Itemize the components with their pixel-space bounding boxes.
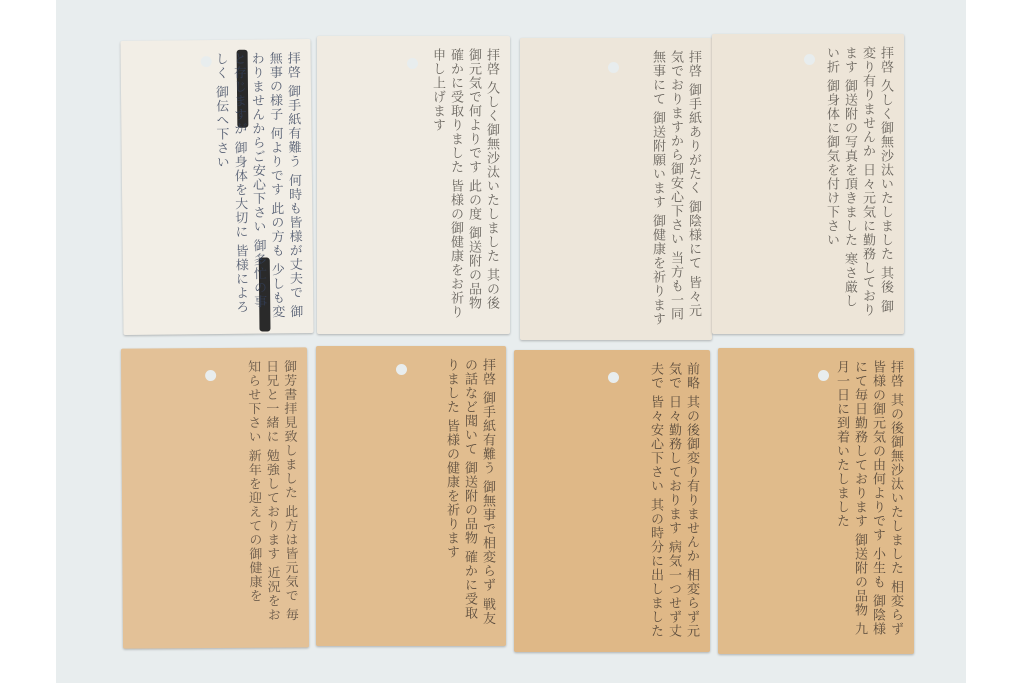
handwritten-text: 拝啓 久しく御無沙汰いたしました 其後 御変り有りませんか 日々元気に勤務してお… bbox=[722, 46, 894, 322]
postcard-top-2: 拝啓 久しく御無沙汰いたしました 其の後 御元気で何よりです 此の度 御送附の品… bbox=[317, 36, 510, 334]
postcard-bottom-3: 前略 其の後御変り有りませんか 相変らず元気で 日々勤務しております 病気一つせ… bbox=[514, 350, 710, 652]
postcard-bottom-1: 御芳書拝見致しました 此方は皆元気で 毎日兄と一緒に 勉強しております 近況をお… bbox=[121, 347, 309, 648]
postcard-bottom-4: 拝啓 其の後御無沙汰いたしました 相変らず皆様の御元気の由何よりです 小生も 御… bbox=[718, 348, 914, 654]
handwritten-text: 御芳書拝見致しました 此方は皆元気で 毎日兄と一緒に 勉強しております 近況をお… bbox=[131, 359, 299, 636]
postcard-top-3: 拝啓 御手紙ありがたく 御陰様にて 皆々元気でおりますから御安心下さい 当方も一… bbox=[520, 38, 712, 340]
handwritten-text: 拝啓 御手紙有難う 御無事で相変らず 戦友の話など聞いて 御送附の品物 確かに受… bbox=[326, 358, 496, 634]
handwritten-text: 拝啓 其の後御無沙汰いたしました 相変らず皆様の御元気の由何よりです 小生も 御… bbox=[728, 360, 904, 642]
handwritten-text: 拝啓 御手紙ありがたく 御陰様にて 皆々元気でおりますから御安心下さい 当方も一… bbox=[530, 50, 702, 328]
handwritten-text: 拝啓 御手紙有難う 何時も皆様が丈夫で 御無事の様子 何よりです 此の方も 少し… bbox=[131, 51, 304, 323]
photo-background: 拝啓 御手紙有難う 何時も皆様が丈夫で 御無事の様子 何よりです 此の方も 少し… bbox=[56, 0, 966, 683]
postcard-bottom-2: 拝啓 御手紙有難う 御無事で相変らず 戦友の話など聞いて 御送附の品物 確かに受… bbox=[316, 346, 506, 646]
postcard-top-1: 拝啓 御手紙有難う 何時も皆様が丈夫で 御無事の様子 何よりです 此の方も 少し… bbox=[120, 39, 313, 335]
handwritten-text: 前略 其の後御変り有りませんか 相変らず元気で 日々勤務しております 病気一つせ… bbox=[524, 362, 700, 640]
handwritten-text: 拝啓 久しく御無沙汰いたしました 其の後 御元気で何よりです 此の度 御送附の品… bbox=[327, 48, 500, 322]
postcard-top-4: 拝啓 久しく御無沙汰いたしました 其後 御変り有りませんか 日々元気に勤務してお… bbox=[712, 34, 904, 334]
